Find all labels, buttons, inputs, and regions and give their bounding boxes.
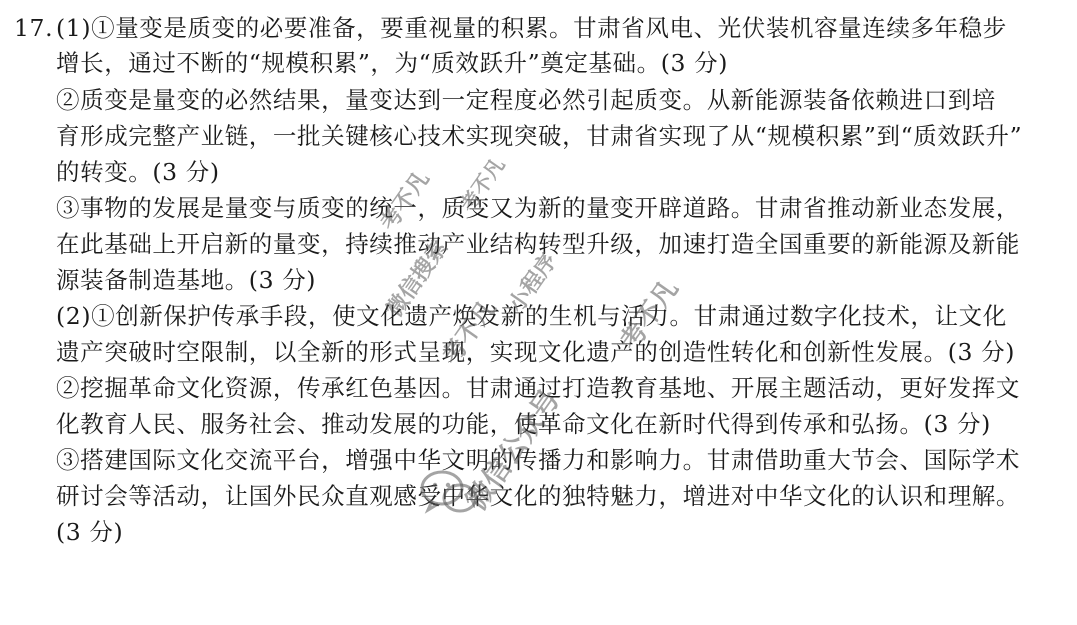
answer-text: ③搭建国际文化交流平台，增强中华文明的传播力和影响力。甘肃借助重大节会、国际学术 <box>56 446 1020 474</box>
answer-line-8: 源装备制造基地。(3 分) <box>56 266 316 294</box>
answer-line-13: ③搭建国际文化交流平台，增强中华文明的传播力和影响力。甘肃借助重大节会、国际学术 <box>56 446 1020 474</box>
answer-line-14: 研讨会等活动，让国外民众直观感受中华文化的独特魅力，增进对中华文化的认识和理解。 <box>56 482 1020 510</box>
answer-text: (2)①创新保护传承手段，使文化遗产焕发新的生机与活力。甘肃通过数字化技术，让文… <box>56 302 1007 330</box>
answer-line-10: 遗产突破时空限制，以全新的形式呈现，实现文化遗产的创造性转化和创新性发展。(3 … <box>56 338 1015 366</box>
answer-text: 在此基础上开启新的量变，持续推动产业结构转型升级，加速打造全国重要的新能源及新能 <box>56 230 1020 258</box>
answer-line-9: (2)①创新保护传承手段，使文化遗产焕发新的生机与活力。甘肃通过数字化技术，让文… <box>56 302 1007 330</box>
answer-text: 源装备制造基地。(3 分) <box>56 266 316 294</box>
answer-text: 研讨会等活动，让国外民众直观感受中华文化的独特魅力，增进对中华文化的认识和理解。 <box>56 482 1020 510</box>
answer-line-2: 增长，通过不断的“规模积累”，为“质效跃升”奠定基础。(3 分) <box>56 49 728 77</box>
answer-text: 遗产突破时空限制，以全新的形式呈现，实现文化遗产的创造性转化和创新性发展。(3 … <box>56 338 1015 366</box>
answer-line-11: ②挖掘革命文化资源，传承红色基因。甘肃通过打造教育基地、开展主题活动，更好发挥文 <box>56 374 1020 402</box>
answer-line-15: (3 分) <box>56 518 123 546</box>
answer-line-7: 在此基础上开启新的量变，持续推动产业结构转型升级，加速打造全国重要的新能源及新能 <box>56 230 1020 258</box>
answer-text: 育形成完整产业链，一批关键核心技术实现突破，甘肃省实现了从“规模积累”到“质效跃… <box>56 122 1022 150</box>
answer-line-1: 17.(1)①量变是质变的必要准备，要重视量的积累。甘肃省风电、光伏装机容量连续… <box>14 14 1007 42</box>
answer-text: ③事物的发展是量变与质变的统一，质变又为新的量变开辟道路。甘肃省推动新业态发展， <box>56 194 1020 222</box>
answer-text: ②质变是量变的必然结果，量变达到一定程度必然引起质变。从新能源装备依赖进口到培 <box>56 86 996 114</box>
answer-line-6: ③事物的发展是量变与质变的统一，质变又为新的量变开辟道路。甘肃省推动新业态发展， <box>56 194 1020 222</box>
answer-page: 17.(1)①量变是质变的必要准备，要重视量的积累。甘肃省风电、光伏装机容量连续… <box>0 0 1077 625</box>
answer-line-4: 育形成完整产业链，一批关键核心技术实现突破，甘肃省实现了从“规模积累”到“质效跃… <box>56 122 1022 150</box>
answer-text: 增长，通过不断的“规模积累”，为“质效跃升”奠定基础。(3 分) <box>56 49 728 77</box>
answer-text: ②挖掘革命文化资源，传承红色基因。甘肃通过打造教育基地、开展主题活动，更好发挥文 <box>56 374 1020 402</box>
answer-text: 的转变。(3 分) <box>56 158 220 186</box>
answer-line-12: 化教育人民、服务社会、推动发展的功能，使革命文化在新时代得到传承和弘扬。(3 分… <box>56 410 991 438</box>
question-number: 17. <box>14 14 56 42</box>
answer-text: 化教育人民、服务社会、推动发展的功能，使革命文化在新时代得到传承和弘扬。(3 分… <box>56 410 991 438</box>
answer-text: (1)①量变是质变的必要准备，要重视量的积累。甘肃省风电、光伏装机容量连续多年稳… <box>56 14 1007 42</box>
answer-text: (3 分) <box>56 518 123 546</box>
answer-line-3: ②质变是量变的必然结果，量变达到一定程度必然引起质变。从新能源装备依赖进口到培 <box>56 86 996 114</box>
answer-line-5: 的转变。(3 分) <box>56 158 220 186</box>
